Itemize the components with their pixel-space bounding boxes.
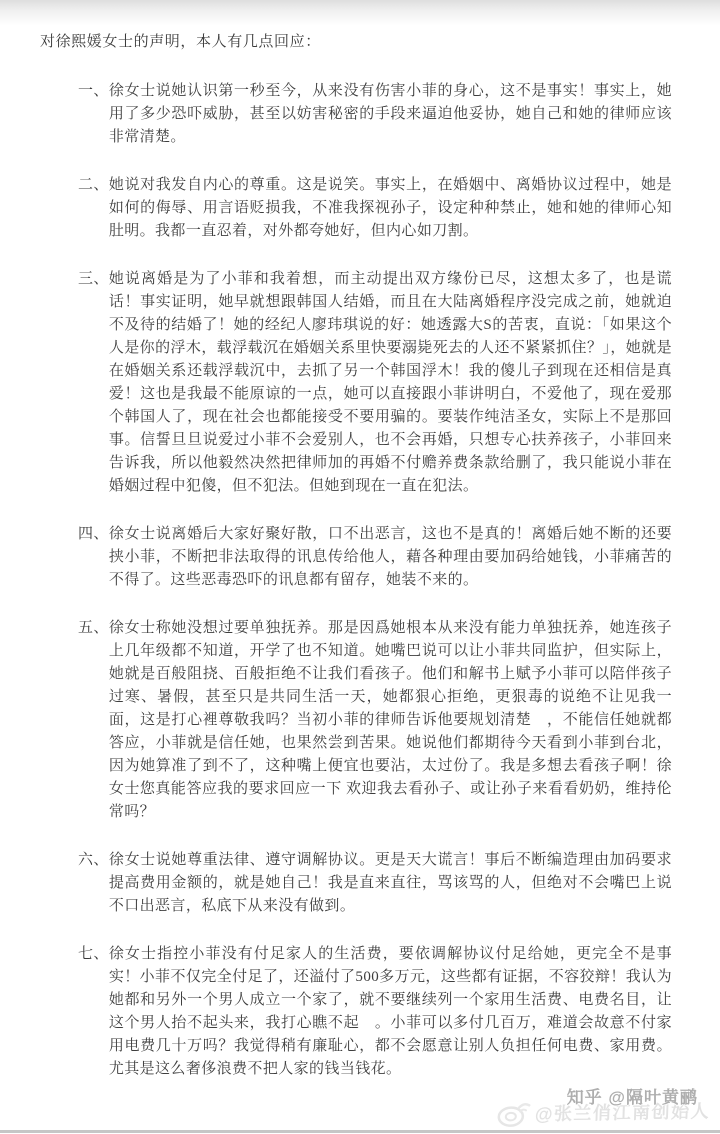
statement-item-7: 七、 徐女士指控小菲没有付足家人的生活费，要依调解协议付足给她，更完全不是事实！… xyxy=(40,943,672,1081)
statement-list: 一、 徐女士说她认识第一秒至今，从来没有伤害小菲的身心，这不是事实！事实上，她用… xyxy=(40,80,672,1081)
item-number: 四、 xyxy=(78,523,109,546)
item-text: 徐女士说她尊重法律、遵守调解协议。更是天大谎言！事后不断编造理由加码要求提高费用… xyxy=(109,849,672,918)
item-text: 她说对我发自内心的尊重。这是说笑。事实上，在婚姻中、离婚协议过程中，她是如何的侮… xyxy=(109,174,672,243)
item-number: 六、 xyxy=(78,849,109,872)
item-number: 二、 xyxy=(78,174,109,197)
item-text: 徐女士指控小菲没有付足家人的生活费，要依调解协议付足给她，更完全不是事实！小菲不… xyxy=(109,943,672,1081)
statement-item-4: 四、 徐女士说离婚后大家好聚好散，口不出恶言，这也不是真的！离婚后她不断的还要挟… xyxy=(40,523,672,592)
weibo-icon xyxy=(496,1099,531,1128)
item-number: 五、 xyxy=(78,617,109,640)
item-number: 七、 xyxy=(78,943,109,966)
statement-item-6: 六、 徐女士说她尊重法律、遵守调解协议。更是天大谎言！事后不断编造理由加码要求提… xyxy=(40,849,672,918)
statement-item-5: 五、 徐女士称她没想过要单独抚养。那是因爲她根本从来没有能力单独抚养，她连孩子上… xyxy=(40,617,672,824)
item-number: 一、 xyxy=(78,80,109,103)
item-text: 徐女士说离婚后大家好聚好散，口不出恶言，这也不是真的！离婚后她不断的还要挟小菲，… xyxy=(109,523,672,592)
item-text: 徐女士说她认识第一秒至今，从来没有伤害小菲的身心，这不是事实！事实上，她用了多少… xyxy=(109,80,672,149)
page-title: 对徐熙媛女士的声明，本人有几点回应： xyxy=(40,31,672,54)
item-number: 三、 xyxy=(78,268,109,291)
document-page: 对徐熙媛女士的声明，本人有几点回应： 一、 徐女士说她认识第一秒至今，从来没有伤… xyxy=(0,0,720,1134)
item-text: 徐女士称她没想过要单独抚养。那是因爲她根本从来没有能力单独抚养，她连孩子上几年级… xyxy=(109,617,672,824)
zhihu-watermark: 知乎 @隔叶黄鹂 xyxy=(567,1083,698,1108)
item-text: 她说离婚是为了小菲和我着想，而主动提出双方缘份已尽，这想太多了，也是谎话！事实证… xyxy=(109,268,672,498)
statement-item-3: 三、 她说离婚是为了小菲和我着想，而主动提出双方缘份已尽，这想太多了，也是谎话！… xyxy=(40,268,672,498)
statement-item-2: 二、 她说对我发自内心的尊重。这是说笑。事实上，在婚姻中、离婚协议过程中，她是如… xyxy=(40,174,672,243)
scan-edge-bottom xyxy=(0,1130,720,1133)
statement-content: 对徐熙媛女士的声明，本人有几点回应： 一、 徐女士说她认识第一秒至今，从来没有伤… xyxy=(0,0,720,1081)
statement-item-1: 一、 徐女士说她认识第一秒至今，从来没有伤害小菲的身心，这不是事实！事实上，她用… xyxy=(40,80,672,149)
